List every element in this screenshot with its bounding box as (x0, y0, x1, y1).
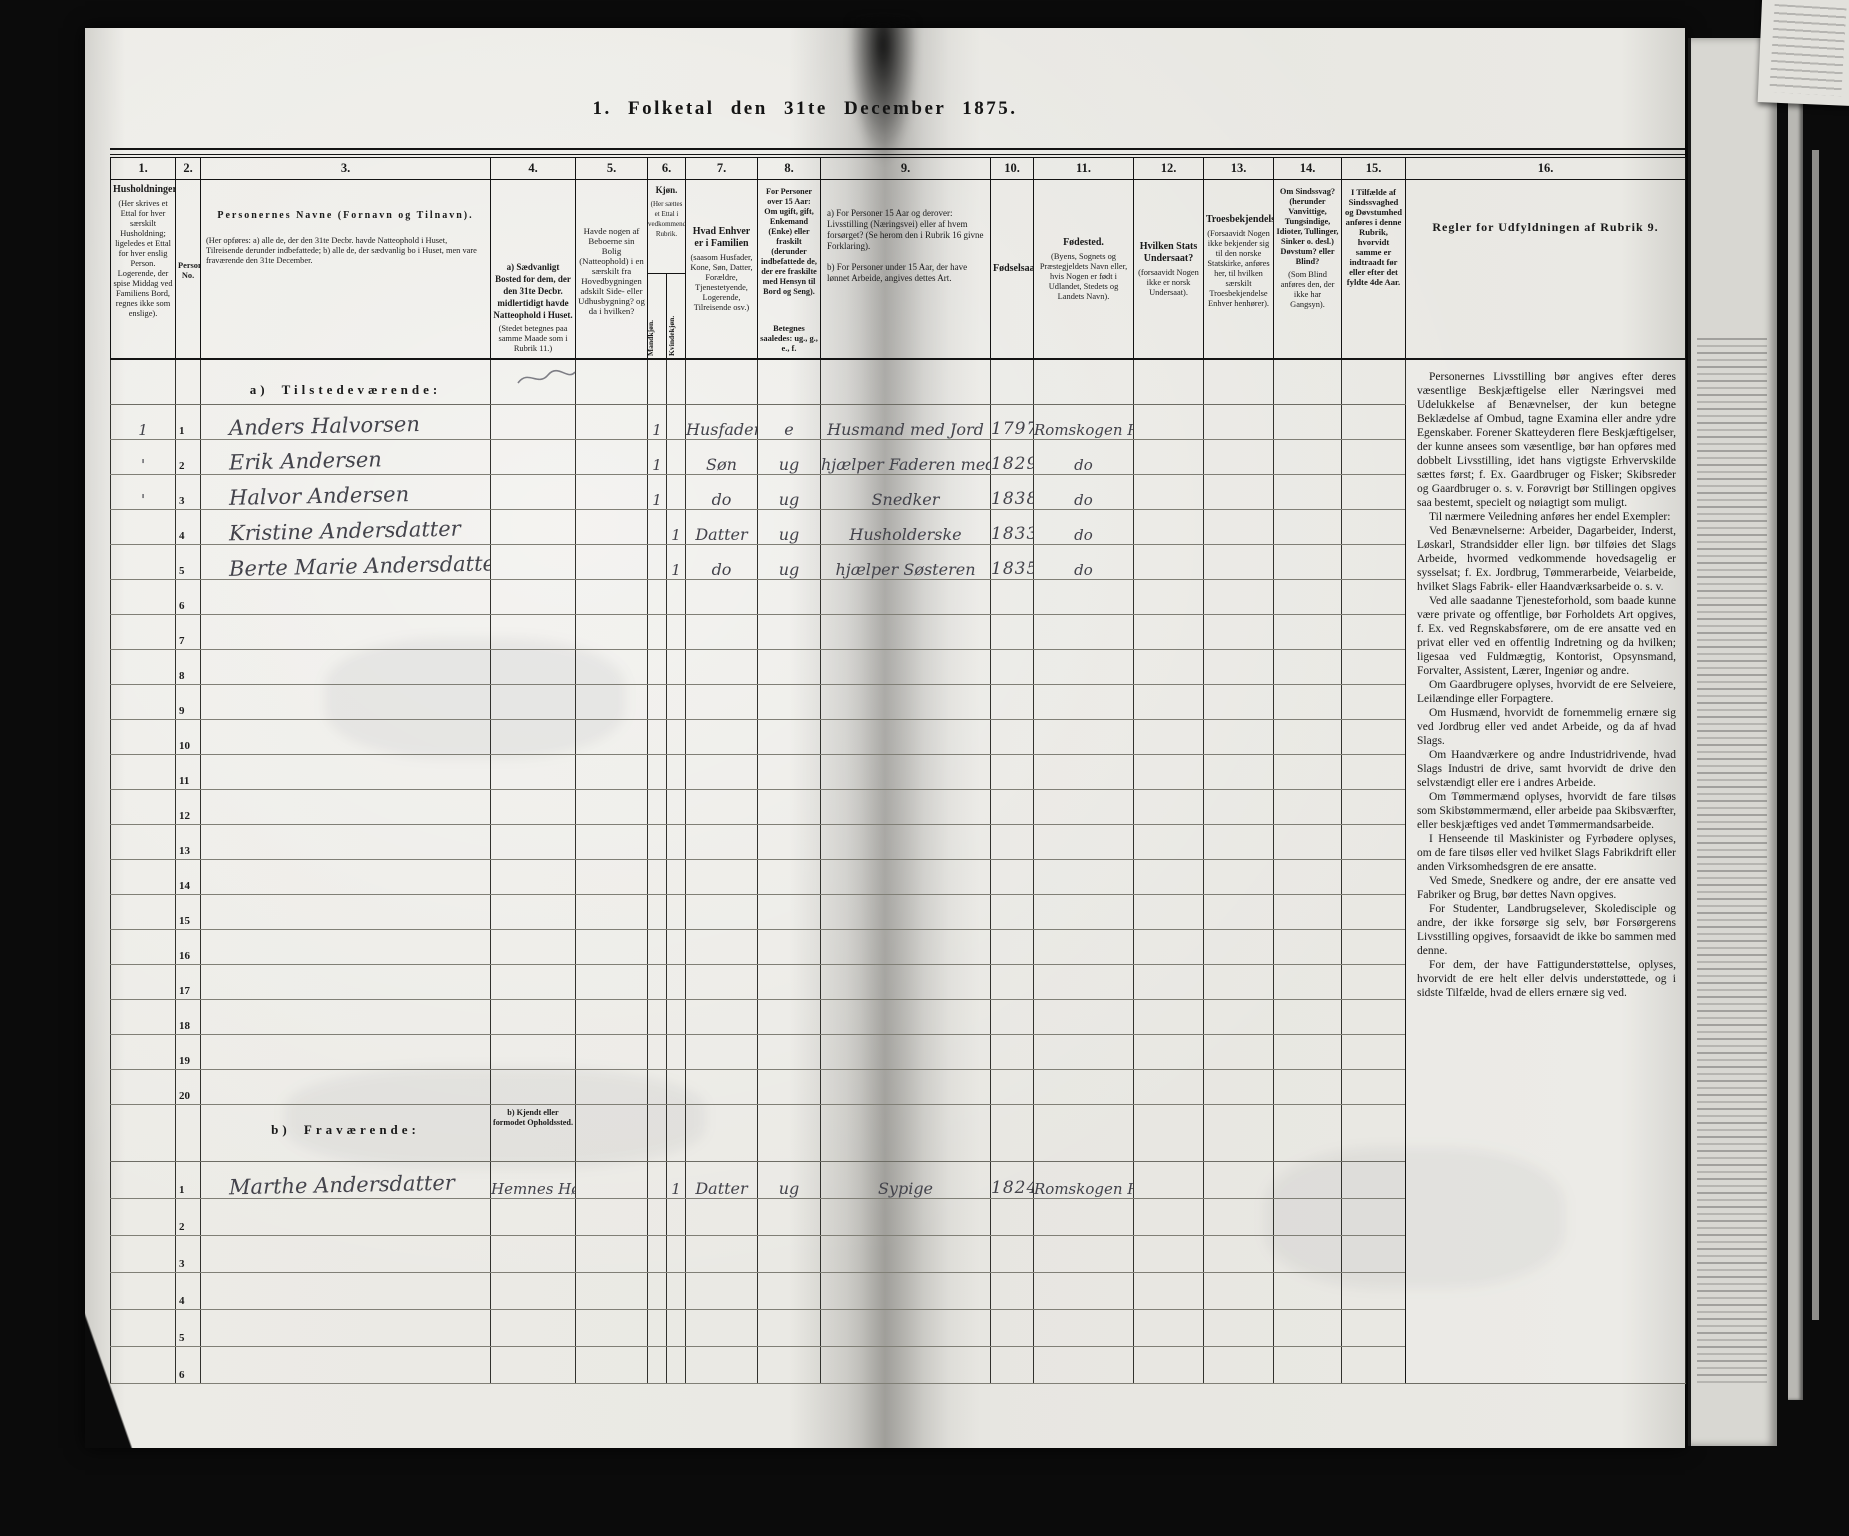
religion-cell (1204, 720, 1274, 755)
family-position (686, 860, 758, 895)
birth-year (991, 1347, 1034, 1384)
family-position (686, 1070, 758, 1105)
birthplace (1034, 1310, 1134, 1347)
female-mark (667, 580, 686, 615)
column-header-row: Husholdninger. (Her skrives et Ettal for… (111, 180, 1686, 360)
row-number: 3 (176, 1236, 201, 1273)
citizenship-cell (1134, 1162, 1204, 1199)
family-position: Husfader (686, 405, 758, 440)
male-mark (648, 790, 667, 825)
family-position: Datter (686, 510, 758, 545)
birth-year (991, 615, 1034, 650)
col-title: Havde nogen af Beboerne sin Bolig (Natte… (578, 226, 645, 316)
occupation (821, 1035, 991, 1070)
onset-cell (1342, 1000, 1406, 1035)
person-name-text: Marthe Andersdatter (229, 1171, 455, 1199)
person-name (201, 1347, 491, 1384)
household-mark (111, 1273, 176, 1310)
citizenship-cell (1134, 1105, 1204, 1162)
disability-cell (1274, 510, 1342, 545)
onset-cell (1342, 359, 1406, 405)
person-name (201, 1236, 491, 1273)
disability-cell (1274, 359, 1342, 405)
col-title: Kjøn. (648, 184, 685, 196)
disability-cell (1274, 545, 1342, 580)
col-note: (saasom Husfader, Kone, Søn, Datter, For… (688, 253, 755, 313)
col-title: Troesbekjendelse. (1206, 214, 1271, 226)
col-header-birth-year: Fødselsaar. (991, 180, 1034, 360)
birth-year (991, 685, 1034, 720)
male-mark (648, 1035, 667, 1070)
household-mark: ' (111, 475, 176, 510)
disability-cell (1274, 580, 1342, 615)
household-mark: ' (111, 440, 176, 475)
outbuilding-cell (576, 545, 648, 580)
row-number: 20 (176, 1070, 201, 1105)
family-position (686, 1347, 758, 1384)
male-mark (648, 755, 667, 790)
col-num-6: 6. (648, 158, 686, 180)
birth-year (991, 755, 1034, 790)
fold-shadow (847, 18, 919, 168)
row-number-cell (176, 359, 201, 405)
disability-cell (1274, 860, 1342, 895)
instruction-paragraph: Til nærmere Veiledning anføres her endel… (1417, 510, 1676, 524)
person-name (201, 580, 491, 615)
female-mark (667, 1310, 686, 1347)
occupation: Husholderske (821, 510, 991, 545)
col-num-10: 10. (991, 158, 1034, 180)
disability-cell (1274, 895, 1342, 930)
outbuilding-cell (576, 1035, 648, 1070)
row-number: 12 (176, 790, 201, 825)
family-position (686, 1273, 758, 1310)
household-mark (111, 1236, 176, 1273)
citizenship-cell (1134, 405, 1204, 440)
next-page-edge (1688, 38, 1777, 1446)
female-mark (667, 440, 686, 475)
occupation (821, 1000, 991, 1035)
usual-residence (491, 1236, 576, 1273)
col-num-14: 14. (1274, 158, 1342, 180)
male-mark (648, 895, 667, 930)
person-name (201, 615, 491, 650)
instruction-paragraph: Om Haandværkere og andre Industridrivend… (1417, 748, 1676, 790)
disability-cell (1274, 685, 1342, 720)
usual-residence (491, 720, 576, 755)
birth-year (991, 930, 1034, 965)
disability-cell (1274, 720, 1342, 755)
disability-cell (1274, 405, 1342, 440)
page-stack-edge (1788, 55, 1803, 1400)
male-mark (648, 1273, 667, 1310)
family-position (686, 615, 758, 650)
birthplace: do (1034, 440, 1134, 475)
col-header-citizenship: Hvilken Stats Undersaat? (forsaavidt Nog… (1134, 180, 1204, 360)
col-header-birthplace: Fødested. (Byens, Sognets og Præstegjeld… (1034, 180, 1134, 360)
row-number: 3 (176, 475, 201, 510)
birthplace (1034, 755, 1134, 790)
usual-residence (491, 405, 576, 440)
family-position: Datter (686, 1162, 758, 1199)
clipped-text-lines (1769, 4, 1846, 96)
male-mark (648, 825, 667, 860)
col-header-religion: Troesbekjendelse. (Forsaavidt Nogen ikke… (1204, 180, 1274, 360)
household-mark (111, 720, 176, 755)
citizenship-cell (1134, 510, 1204, 545)
household-mark (111, 895, 176, 930)
outbuilding-cell (576, 359, 648, 405)
family-position: do (686, 545, 758, 580)
occupation (821, 1236, 991, 1273)
outbuilding-cell (576, 825, 648, 860)
person-name (201, 1000, 491, 1035)
person-name-text: Kristine Andersdatter (229, 517, 461, 545)
occupation-cell (821, 359, 991, 405)
family-position (686, 825, 758, 860)
birthplace (1034, 1273, 1134, 1310)
marital-status (758, 895, 821, 930)
col-note: (Som Blind anføres den, der ikke har Gan… (1276, 270, 1339, 310)
male-mark (648, 545, 667, 580)
male-mark (648, 1070, 667, 1105)
household-mark (111, 1310, 176, 1347)
person-name: Marthe Andersdatter (201, 1162, 491, 1199)
disability-cell (1274, 1070, 1342, 1105)
col-note: (Her sættes et Ettal i vedkommende Rubri… (648, 199, 685, 239)
col-num-1: 1. (111, 158, 176, 180)
disability-cell (1274, 930, 1342, 965)
female-mark: 1 (667, 510, 686, 545)
female-mark (667, 475, 686, 510)
row-number: 1 (176, 405, 201, 440)
marital-status (758, 650, 821, 685)
disability-cell (1274, 440, 1342, 475)
birthplace (1034, 860, 1134, 895)
marital-status (758, 685, 821, 720)
female-mark: 1 (667, 545, 686, 580)
marital-status (758, 930, 821, 965)
row-number: 17 (176, 965, 201, 1000)
disability-cell (1274, 1199, 1342, 1236)
onset-cell (1342, 1070, 1406, 1105)
onset-cell (1342, 860, 1406, 895)
col-header-sex: Kjøn. (Her sættes et Ettal i vedkommende… (648, 180, 686, 360)
row-number: 4 (176, 510, 201, 545)
female-mark (667, 1199, 686, 1236)
citizenship-cell (1134, 1070, 1204, 1105)
instruction-paragraph: Om Tømmermænd oplyses, hvorvidt de fare … (1417, 790, 1676, 832)
religion-cell (1204, 790, 1274, 825)
person-name (201, 1035, 491, 1070)
outbuilding-cell (576, 755, 648, 790)
onset-cell (1342, 1347, 1406, 1384)
onset-cell (1342, 825, 1406, 860)
usual-residence (491, 825, 576, 860)
person-name-text: Erik Andersen (229, 447, 382, 474)
family-position (686, 1236, 758, 1273)
col-header-households: Husholdninger. (Her skrives et Ettal for… (111, 180, 176, 360)
outbuilding-cell (576, 615, 648, 650)
male-cell (648, 359, 667, 405)
onset-cell (1342, 405, 1406, 440)
disability-cell (1274, 1000, 1342, 1035)
outbuilding-cell (576, 475, 648, 510)
household-mark (111, 650, 176, 685)
marital-status (758, 1000, 821, 1035)
occupation: Sypige (821, 1162, 991, 1199)
female-mark (667, 790, 686, 825)
col-note: (Byens, Sognets og Præstegjeldets Navn e… (1036, 252, 1131, 302)
instruction-paragraph: Ved Benævnelserne: Arbeider, Dagarbeider… (1417, 524, 1676, 594)
person-name: Erik Andersen (201, 440, 491, 475)
religion-cell (1204, 1105, 1274, 1162)
col-header-family-position: Hvad Enhver er i Familien (saasom Husfad… (686, 180, 758, 360)
citizenship-cell (1134, 475, 1204, 510)
onset-cell (1342, 685, 1406, 720)
usual-residence (491, 1035, 576, 1070)
family-position (686, 1000, 758, 1035)
instruction-paragraph: Ved alle saadanne Tjenesteforhold, som b… (1417, 594, 1676, 678)
birthplace (1034, 1070, 1134, 1105)
occupation (821, 1070, 991, 1105)
col-header-person-number: Personernes No. (176, 180, 201, 360)
citizenship-cell (1134, 965, 1204, 1000)
birthplace (1034, 685, 1134, 720)
religion-cell (1204, 615, 1274, 650)
row-number: 10 (176, 720, 201, 755)
household-mark (111, 965, 176, 1000)
col-num-3: 3. (201, 158, 491, 180)
usual-residence (491, 1347, 576, 1384)
col-note: (Her opføres: a) alle de, der den 31te D… (203, 236, 488, 266)
birth-year: 1797 (991, 405, 1034, 440)
disability-cell (1274, 1162, 1342, 1199)
instruction-paragraph: Ved Smede, Snedkere og andre, der ere an… (1417, 874, 1676, 902)
usual-residence (491, 615, 576, 650)
female-mark (667, 615, 686, 650)
household-cell (111, 359, 176, 405)
citizenship-cell (1134, 1199, 1204, 1236)
usual-residence (491, 1310, 576, 1347)
citizenship-cell (1134, 440, 1204, 475)
family-cell (686, 359, 758, 405)
usual-residence (491, 965, 576, 1000)
male-mark: 1 (648, 440, 667, 475)
birth-year (991, 1236, 1034, 1273)
census-form: 1. 2. 3. 4. 5. 6. 7. 8. 9. 10. 11. 12. 1… (110, 148, 1685, 1384)
male-mark (648, 1236, 667, 1273)
family-position: do (686, 475, 758, 510)
birth-year (991, 720, 1034, 755)
col-title: Fødested. (1036, 237, 1131, 249)
usual-residence (491, 755, 576, 790)
female-mark (667, 1347, 686, 1384)
instruction-paragraph: For Studenter, Landbrugselever, Skoledis… (1417, 902, 1676, 958)
known-residence-note: b) Kjendt eller formodet Opholdssted. (491, 1105, 576, 1162)
page-title: 1. Folketal den 31te December 1875. (425, 98, 1185, 120)
occupation (821, 895, 991, 930)
col-title: I Tilfælde af Sindssvaghed og Døvstumhed… (1344, 187, 1403, 287)
outbuilding-cell (576, 440, 648, 475)
male-column-label: Mandkjøn. (648, 274, 668, 358)
col-header-marital-status: For Personer over 15 Aar: Om ugift, gift… (758, 180, 821, 360)
citizenship-cell (1134, 755, 1204, 790)
male-mark (648, 930, 667, 965)
outbuilding-cell (576, 965, 648, 1000)
household-mark (111, 1162, 176, 1199)
outbuilding-cell (576, 1310, 648, 1347)
col-title: Om Sindssvag? (herunder Vanvittige, Tung… (1276, 187, 1339, 267)
instruction-paragraph: I Henseende til Maskinister og Fyrbødere… (1417, 832, 1676, 874)
row-number: 5 (176, 1310, 201, 1347)
birthplace (1034, 1236, 1134, 1273)
row-number: 4 (176, 1273, 201, 1310)
col-num-11: 11. (1034, 158, 1134, 180)
birthplace (1034, 1199, 1134, 1236)
citizenship-cell (1134, 1000, 1204, 1035)
household-mark (111, 930, 176, 965)
family-position (686, 580, 758, 615)
col-note: (forsaavidt Nogen ikke er norsk Undersaa… (1136, 268, 1201, 298)
person-name (201, 1310, 491, 1347)
religion-cell (1204, 930, 1274, 965)
onset-cell (1342, 545, 1406, 580)
occupation (821, 720, 991, 755)
disability-cell (1274, 1105, 1342, 1162)
col-num-5: 5. (576, 158, 648, 180)
section-a-label: a) Tilstedeværende: (201, 359, 491, 405)
birth-year (991, 790, 1034, 825)
occupation (821, 1199, 991, 1236)
religion-cell (1204, 650, 1274, 685)
section-a-header-row: a) Tilstedeværende:Personernes Livsstill… (111, 359, 1686, 405)
book-spread: 1. Folketal den 31te December 1875. 1. 2… (85, 28, 1685, 1448)
female-mark (667, 405, 686, 440)
household-mark: 1 (111, 405, 176, 440)
occupation (821, 930, 991, 965)
occupation: Snedker (821, 475, 991, 510)
religion-cell (1204, 440, 1274, 475)
census-rows: a) Tilstedeværende:Personernes Livsstill… (111, 359, 1686, 1384)
marital-status (758, 1310, 821, 1347)
male-mark (648, 1162, 667, 1199)
marital-status (758, 720, 821, 755)
col-note: (Forsaavidt Nogen ikke bekjender sig til… (1206, 229, 1271, 309)
occupation (821, 790, 991, 825)
outbuilding-cell (576, 580, 648, 615)
occupation (821, 615, 991, 650)
occupation (821, 685, 991, 720)
marital-status (758, 1236, 821, 1273)
birthplace (1034, 720, 1134, 755)
instructions-cell: Personernes Livsstilling bør angives eft… (1406, 359, 1686, 1384)
household-mark (111, 1000, 176, 1035)
male-mark: 1 (648, 475, 667, 510)
col-title: Hvad Enhver er i Familien (688, 226, 755, 250)
row-number: 18 (176, 1000, 201, 1035)
family-position: Søn (686, 440, 758, 475)
instruction-paragraph: Personernes Livsstilling bør angives eft… (1417, 370, 1676, 510)
col-note-a: a) For Personer 15 Aar og derover: Livss… (823, 206, 988, 254)
person-name (201, 685, 491, 720)
birthplace: do (1034, 475, 1134, 510)
clipped-text-lines (1697, 338, 1767, 1386)
usual-residence (491, 1273, 576, 1310)
col-note: (Her skrives et Ettal for hver særskilt … (113, 199, 173, 319)
usual-residence (491, 685, 576, 720)
col-note: (Stedet betegnes paa samme Maade som i R… (493, 324, 573, 354)
disability-cell (1274, 825, 1342, 860)
marital-status: ug (758, 1162, 821, 1199)
onset-cell (1342, 1273, 1406, 1310)
person-name (201, 860, 491, 895)
citizenship-cell (1134, 1236, 1204, 1273)
male-mark (648, 1310, 667, 1347)
disability-cell (1274, 650, 1342, 685)
male-mark: 1 (648, 405, 667, 440)
household-mark (111, 825, 176, 860)
citizenship-cell (1134, 615, 1204, 650)
female-mark (667, 1236, 686, 1273)
religion-cell (1204, 475, 1274, 510)
citizenship-cell (1134, 650, 1204, 685)
household-mark (111, 790, 176, 825)
female-mark (667, 860, 686, 895)
birth-year (991, 825, 1034, 860)
usual-residence (491, 790, 576, 825)
top-rule (110, 148, 1685, 155)
birth-year: 1833 (991, 510, 1034, 545)
religion-cell (1204, 895, 1274, 930)
disability-cell (1274, 1035, 1342, 1070)
outbuilding-cell (576, 860, 648, 895)
male-mark (648, 615, 667, 650)
outbuilding-cell (576, 1070, 648, 1105)
birthplace (1034, 930, 1134, 965)
male-mark (648, 1000, 667, 1035)
female-mark (667, 1000, 686, 1035)
disability-cell (1274, 965, 1342, 1000)
marital-status (758, 755, 821, 790)
family-position (686, 685, 758, 720)
male-mark (648, 860, 667, 895)
person-name (201, 1070, 491, 1105)
person-name: Kristine Andersdatter (201, 510, 491, 545)
disability-cell (1274, 790, 1342, 825)
religion-cell (1204, 1000, 1274, 1035)
household-mark (111, 755, 176, 790)
household-mark (111, 510, 176, 545)
underlying-page-corner (1758, 0, 1849, 106)
birth-year (991, 1000, 1034, 1035)
birthplace-cell (1034, 1105, 1134, 1162)
person-name (201, 1273, 491, 1310)
family-position (686, 1199, 758, 1236)
onset-cell (1342, 580, 1406, 615)
outbuilding-cell (576, 510, 648, 545)
column-number-row: 1. 2. 3. 4. 5. 6. 7. 8. 9. 10. 11. 12. 1… (111, 158, 1686, 180)
birth-year (991, 1199, 1034, 1236)
outbuilding-cell (576, 1162, 648, 1199)
birth-year (991, 965, 1034, 1000)
birth-year: 1829 (991, 440, 1034, 475)
onset-cell (1342, 475, 1406, 510)
person-name: Anders Halvorsen (201, 405, 491, 440)
usual-residence (491, 1000, 576, 1035)
marital-status: ug (758, 510, 821, 545)
ink-flourish-icon (515, 366, 579, 390)
